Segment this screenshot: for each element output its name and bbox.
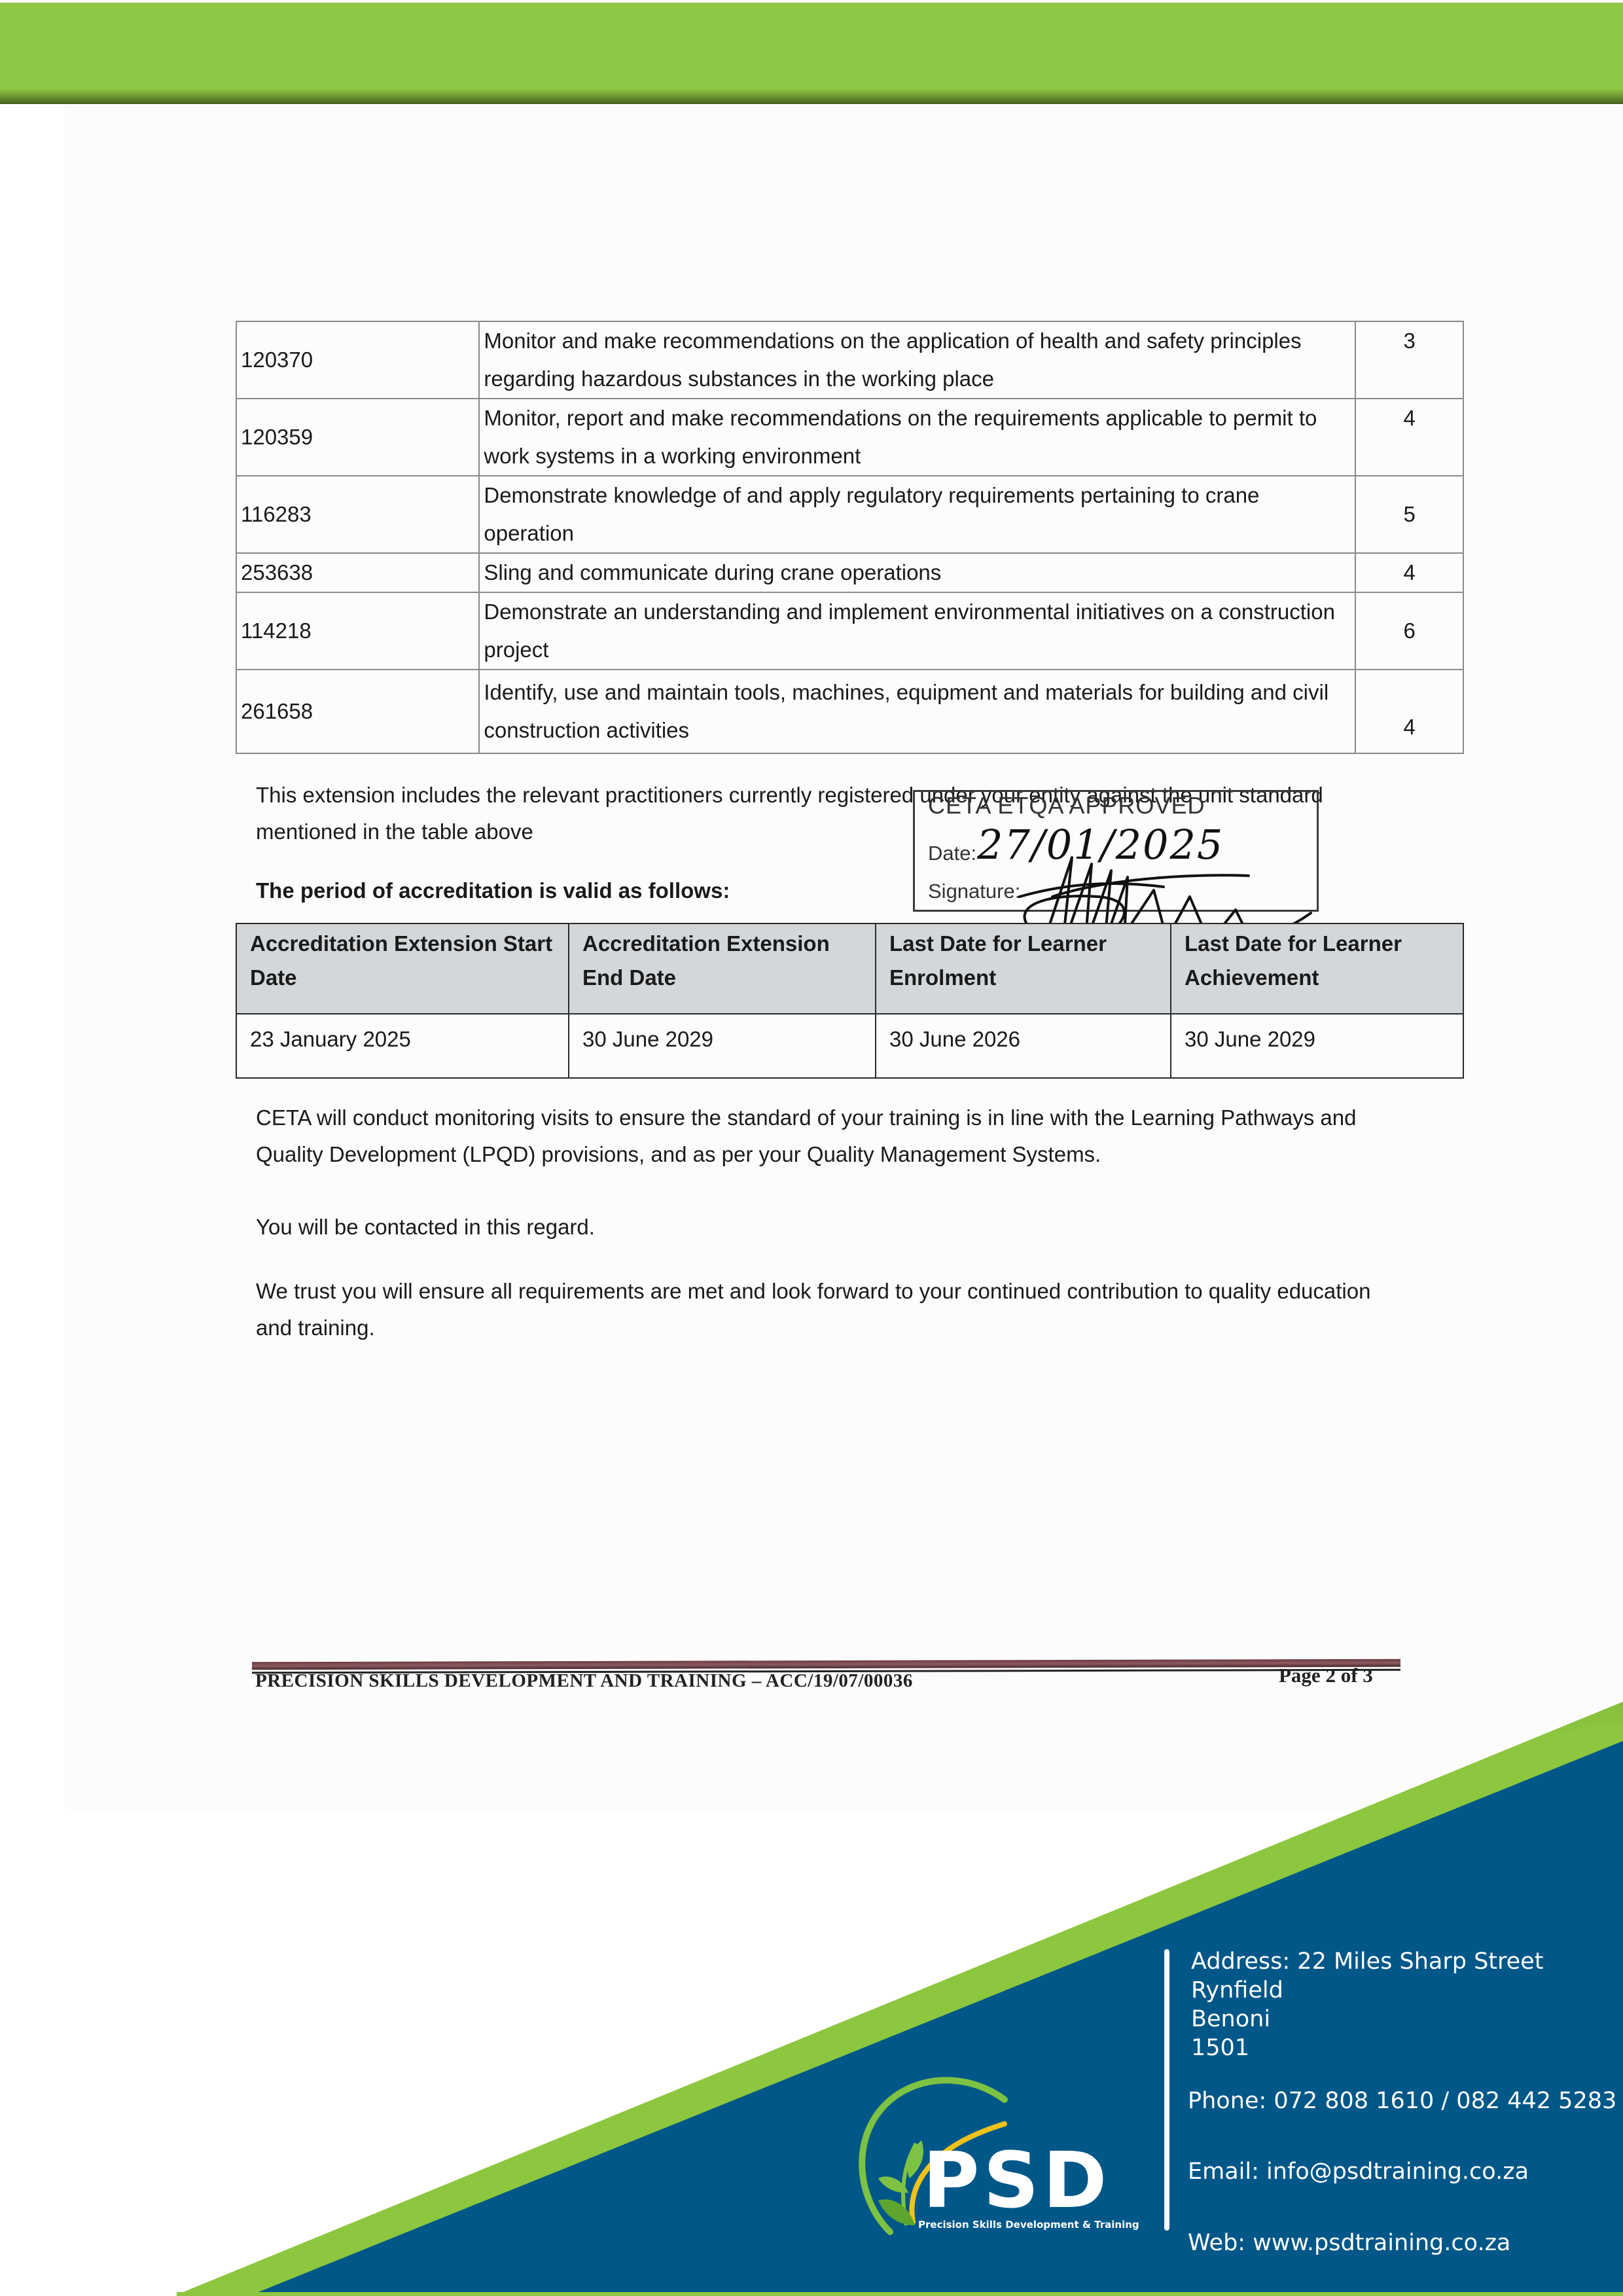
contact-paragraph: You will be contacted in this regard. bbox=[256, 1209, 595, 1246]
stamp-title: CETA ETQA APPROVED bbox=[928, 792, 1205, 819]
logo-tagline: Precision Skills Development & Training bbox=[918, 2219, 1139, 2231]
contact-website[interactable]: Web: www.psdtraining.co.za bbox=[1188, 2229, 1510, 2258]
header-end-date: Accreditation Extension End Date bbox=[569, 924, 876, 1014]
unit-standard-title: Identify, use and maintain tools, machin… bbox=[479, 670, 1355, 753]
period-heading: The period of accreditation is valid as … bbox=[256, 872, 730, 909]
unit-standard-title: Sling and communicate during crane opera… bbox=[479, 553, 1355, 592]
stamp-signature-label: Signature: bbox=[928, 880, 1020, 903]
table-header-row: Accreditation Extension Start Date Accre… bbox=[236, 924, 1463, 1014]
last-enrolment-value: 30 June 2026 bbox=[876, 1014, 1171, 1078]
table-row: 116283 Demonstrate knowledge of and appl… bbox=[236, 476, 1463, 553]
unit-standard-id: 116283 bbox=[236, 476, 479, 553]
unit-standard-id: 253638 bbox=[236, 553, 479, 592]
footer-document-reference: PRECISION SKILLS DEVELOPMENT AND TRAININ… bbox=[255, 1670, 913, 1692]
unit-standard-credits: 3 bbox=[1355, 321, 1463, 399]
page-number: Page 2 of 3 bbox=[1279, 1664, 1373, 1687]
address-line: Rynfield bbox=[1191, 1976, 1543, 2005]
header-start-date: Accreditation Extension Start Date bbox=[236, 924, 569, 1014]
unit-standard-id: 261658 bbox=[236, 670, 479, 753]
unit-standard-credits: 6 bbox=[1355, 592, 1463, 670]
last-achievement-value: 30 June 2029 bbox=[1171, 1014, 1463, 1078]
address-line: Benoni bbox=[1191, 2005, 1543, 2034]
table-row: 253638 Sling and communicate during cran… bbox=[236, 553, 1463, 592]
start-date-value: 23 January 2025 bbox=[236, 1014, 569, 1078]
contact-email[interactable]: Email: info@psdtraining.co.za bbox=[1188, 2157, 1529, 2187]
table-row: 120359 Monitor, report and make recommen… bbox=[236, 399, 1463, 476]
address-line: Address: 22 Miles Sharp Street bbox=[1191, 1947, 1543, 1976]
unit-standard-title: Monitor and make recommendations on the … bbox=[479, 321, 1355, 399]
unit-standard-credits: 4 bbox=[1355, 399, 1463, 476]
header-last-achievement: Last Date for Learner Achievement bbox=[1171, 924, 1463, 1014]
unit-standard-id: 120359 bbox=[236, 399, 479, 476]
end-date-value: 30 June 2029 bbox=[569, 1014, 876, 1078]
contact-phone: Phone: 072 808 1610 / 082 442 5283 bbox=[1188, 2087, 1616, 2116]
address-line: 1501 bbox=[1191, 2034, 1543, 2062]
table-row: 23 January 2025 30 June 2029 30 June 202… bbox=[236, 1014, 1463, 1078]
unit-standard-credits: 4 bbox=[1355, 553, 1463, 592]
unit-standard-id: 120370 bbox=[236, 321, 479, 399]
table-row: 114218 Demonstrate an understanding and … bbox=[236, 592, 1463, 670]
accreditation-period-table: Accreditation Extension Start Date Accre… bbox=[236, 923, 1464, 1079]
unit-standard-title: Demonstrate an understanding and impleme… bbox=[479, 592, 1355, 670]
table-row: 261658 Identify, use and maintain tools,… bbox=[236, 670, 1463, 753]
stamp-date-label: Date: bbox=[928, 842, 976, 865]
unit-standard-credits: 4 bbox=[1355, 670, 1463, 753]
header-band bbox=[0, 3, 1623, 104]
psd-logo: PSD Precision Skills Development & Train… bbox=[844, 2062, 1145, 2238]
header-last-enrolment: Last Date for Learner Enrolment bbox=[876, 924, 1171, 1014]
contact-divider bbox=[1164, 1949, 1169, 2231]
unit-standard-title: Monitor, report and make recommendations… bbox=[479, 399, 1355, 476]
closing-paragraph: We trust you will ensure all requirement… bbox=[256, 1273, 1408, 1346]
logo-wordmark: PSD bbox=[923, 2142, 1111, 2219]
unit-standard-title: Demonstrate knowledge of and apply regul… bbox=[479, 476, 1355, 553]
approval-stamp: CETA ETQA APPROVED Date: 27/01/2025 Sign… bbox=[913, 790, 1319, 912]
unit-standards-table: 120370 Monitor and make recommendations … bbox=[236, 321, 1464, 754]
monitoring-paragraph: CETA will conduct monitoring visits to e… bbox=[256, 1100, 1408, 1173]
unit-standard-credits: 5 bbox=[1355, 476, 1463, 553]
unit-standard-id: 114218 bbox=[236, 592, 479, 670]
table-row: 120370 Monitor and make recommendations … bbox=[236, 321, 1463, 399]
contact-address: Address: 22 Miles Sharp Street Rynfield … bbox=[1191, 1947, 1543, 2062]
